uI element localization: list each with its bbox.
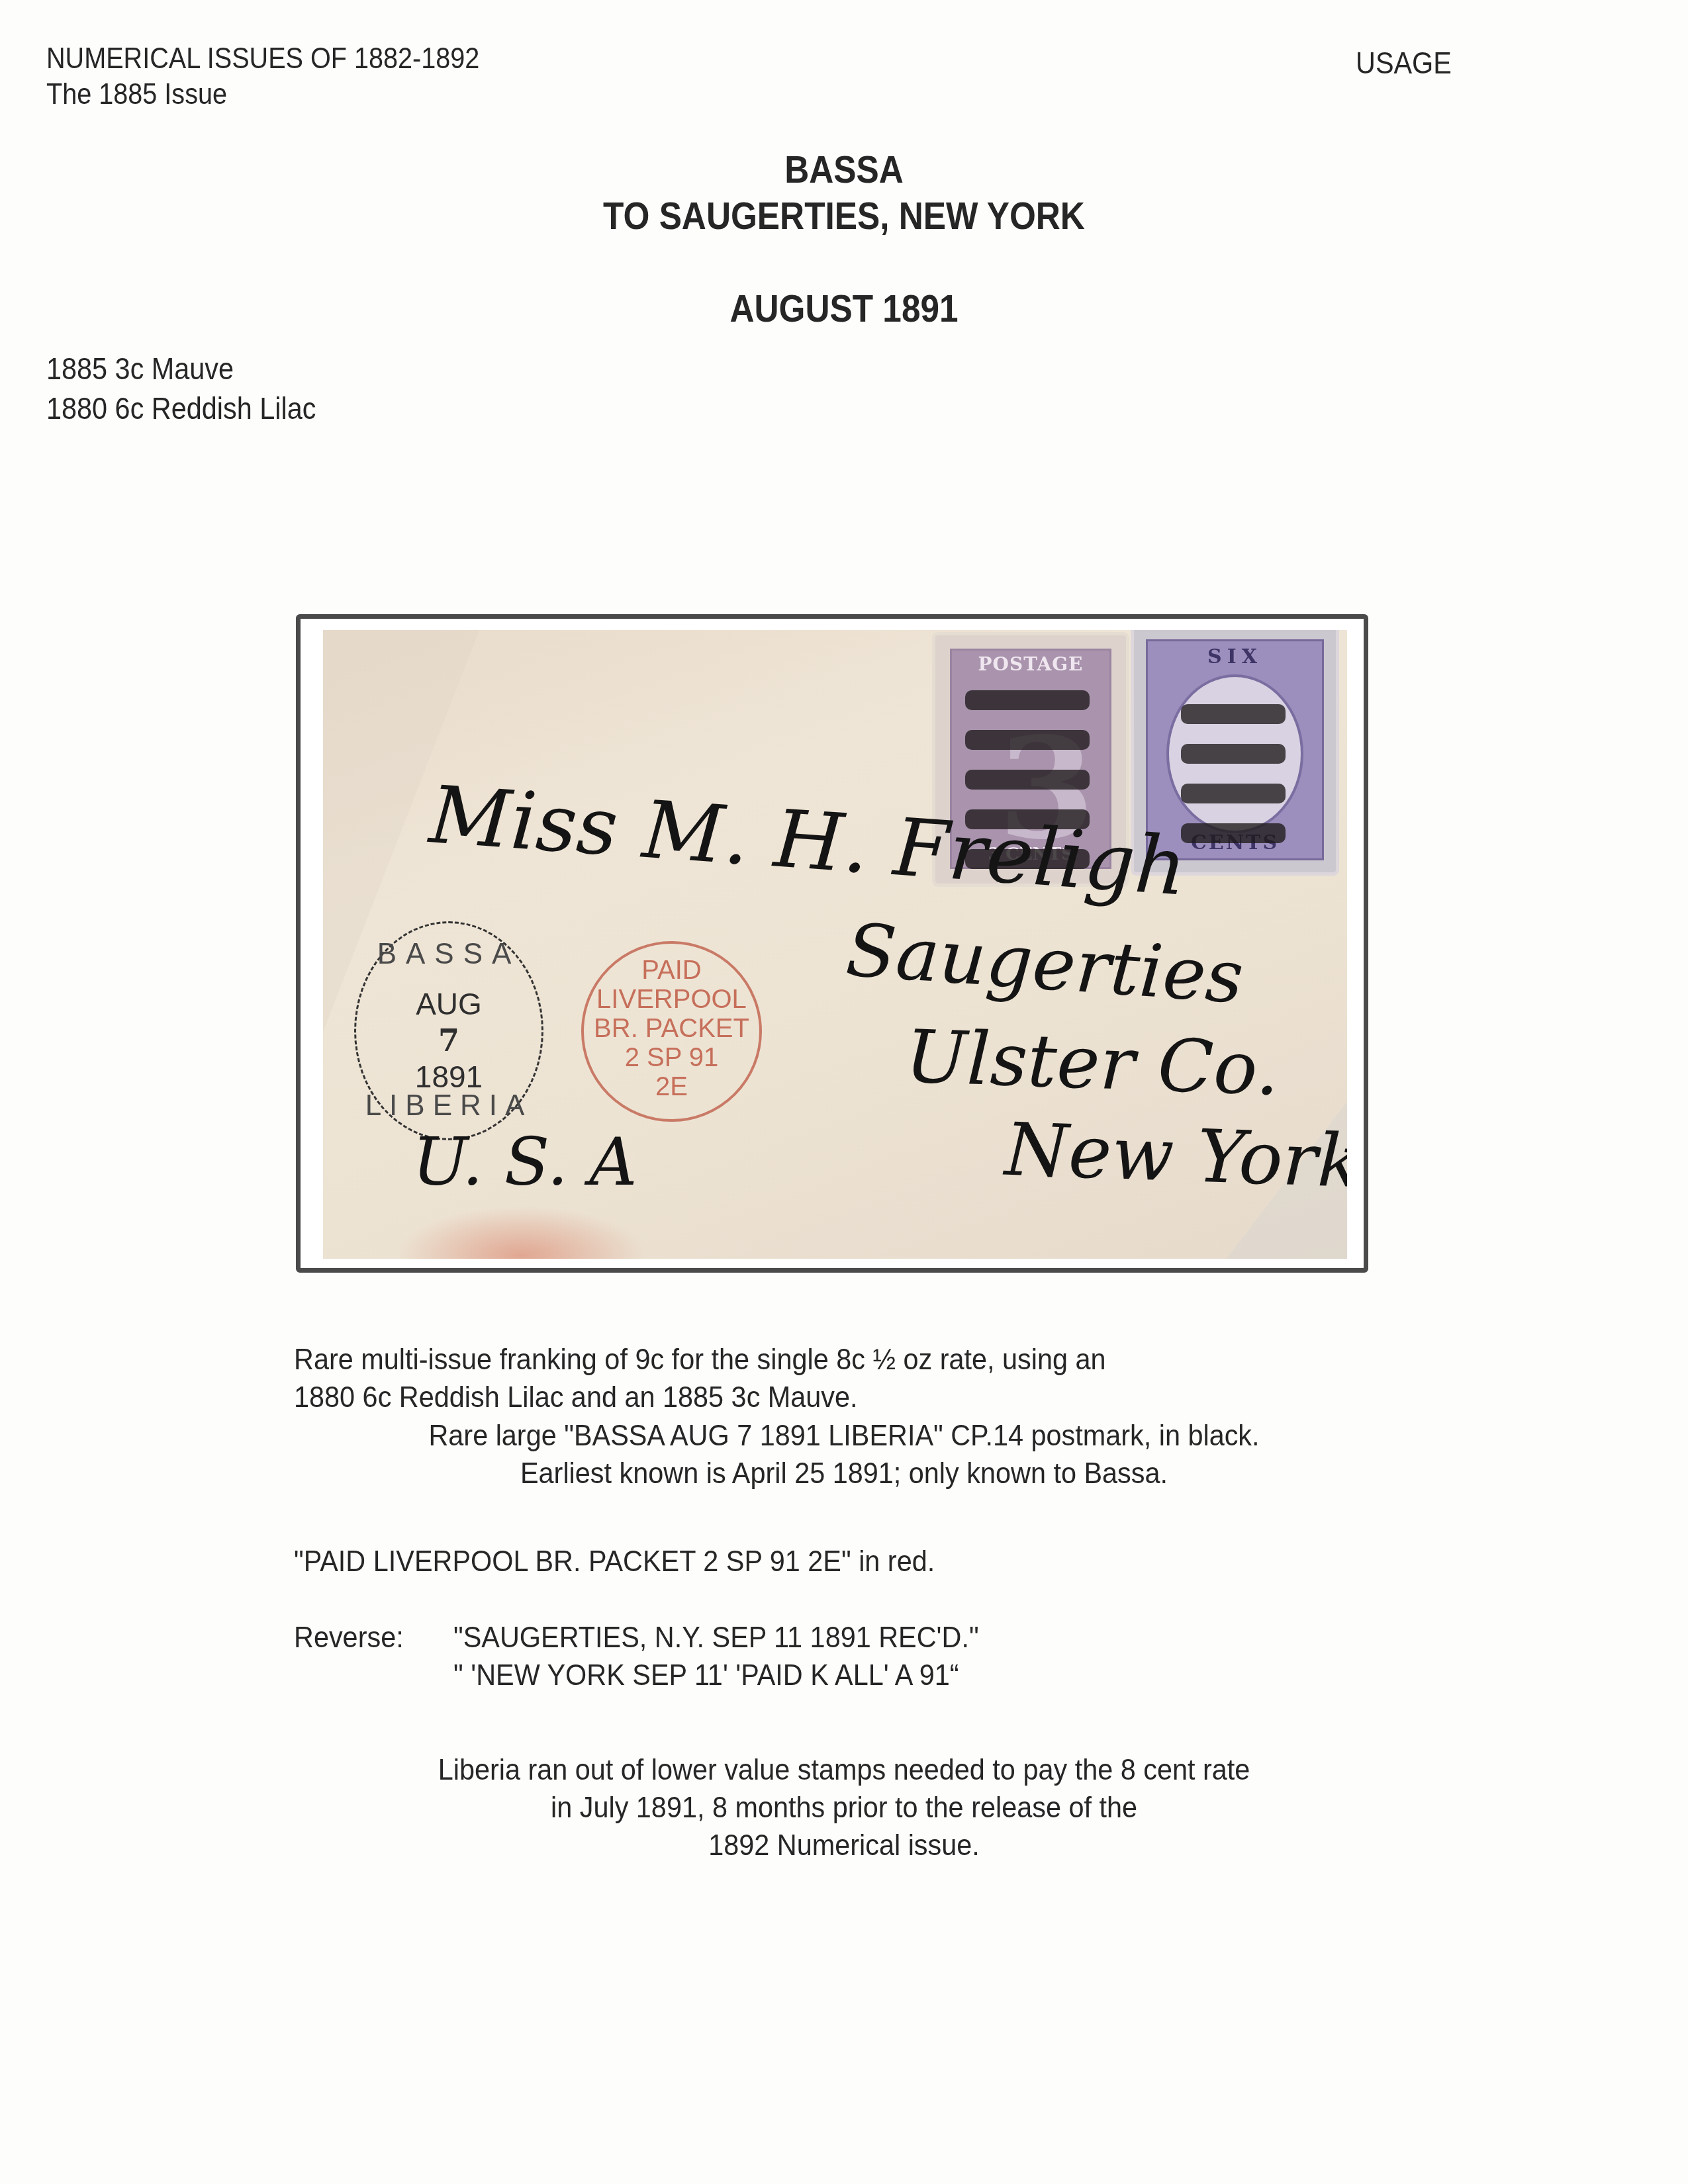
stamp-3c-top-label: POSTAGE bbox=[952, 653, 1109, 675]
postmark-ring-bottom: LIBERIA bbox=[356, 1089, 541, 1122]
stamp-used-item: 1885 3c Mauve bbox=[46, 349, 316, 388]
franking-description: Rare multi-issue franking of 9c for the … bbox=[294, 1340, 1106, 1416]
issue-subtitle: The 1885 Issue bbox=[46, 77, 479, 113]
reverse-line: " 'NEW YORK SEP 11' 'PAID K ALL' A 91“ bbox=[294, 1656, 979, 1694]
postmark-line: LIVERPOOL bbox=[584, 985, 759, 1014]
red-transit-mark-partial bbox=[396, 1206, 647, 1259]
address-state: New York bbox=[1004, 1107, 1347, 1205]
postmark-month: AUG bbox=[356, 986, 541, 1022]
note-line: 1892 Numerical issue. bbox=[68, 1826, 1620, 1864]
series-title: NUMERICAL ISSUES OF 1882-1892 bbox=[46, 41, 479, 77]
description-line: Rare multi-issue franking of 9c for the … bbox=[294, 1340, 1106, 1378]
page-title-origin: BASSA bbox=[85, 147, 1604, 193]
barred-cancel bbox=[1181, 704, 1286, 863]
address-county: Ulster Co. bbox=[904, 1014, 1281, 1112]
postmark-lines: PAID LIVERPOOL BR. PACKET 2 SP 91 2E bbox=[584, 956, 759, 1101]
postmark-day: 7 bbox=[356, 1023, 541, 1058]
postmark-ring-top: BASSA bbox=[356, 938, 541, 971]
bassa-postmark: BASSA AUG 7 1891 LIBERIA bbox=[354, 921, 543, 1140]
liverpool-packet-postmark: PAID LIVERPOOL BR. PACKET 2 SP 91 2E bbox=[581, 941, 762, 1122]
cover-image: POSTAGE 3 3 CENTS SIX CENTS BASSA AUG 7 … bbox=[323, 630, 1347, 1259]
page-header-left: NUMERICAL ISSUES OF 1882-1892 The 1885 I… bbox=[46, 41, 479, 113]
reverse-description: Reverse:"SAUGERTIES, N.Y. SEP 11 1891 RE… bbox=[294, 1618, 979, 1694]
reverse-label: Reverse: bbox=[294, 1618, 453, 1656]
stamps-used-list: 1885 3c Mauve 1880 6c Reddish Lilac bbox=[46, 349, 316, 428]
stamp-6c-top-label: SIX bbox=[1148, 645, 1322, 668]
postmark-line: PAID bbox=[584, 956, 759, 985]
page-title-destination: TO SAUGERTIES, NEW YORK bbox=[85, 193, 1604, 240]
description-line: Rare large "BASSA AUG 7 1891 LIBERIA" CP… bbox=[68, 1416, 1620, 1454]
note-line: Liberia ran out of lower value stamps ne… bbox=[68, 1751, 1620, 1788]
stamp-used-item: 1880 6c Reddish Lilac bbox=[46, 388, 316, 428]
page-title-date: AUGUST 1891 bbox=[85, 286, 1604, 332]
reverse-line: "SAUGERTIES, N.Y. SEP 11 1891 REC'D." bbox=[453, 1620, 979, 1654]
red-mark-description: "PAID LIVERPOOL BR. PACKET 2 SP 91 2E" i… bbox=[294, 1542, 935, 1580]
section-label: USAGE bbox=[1356, 45, 1452, 81]
description-line: 1880 6c Reddish Lilac and an 1885 3c Mau… bbox=[294, 1378, 1106, 1416]
postmark-description: Rare large "BASSA AUG 7 1891 LIBERIA" CP… bbox=[68, 1416, 1620, 1492]
address-country: U. S. A bbox=[412, 1123, 637, 1201]
postmark-line: 2 SP 91 bbox=[584, 1043, 759, 1072]
postmark-line: 2E bbox=[584, 1072, 759, 1101]
address-town: Saugerties bbox=[843, 907, 1246, 1020]
description-line: Earliest known is April 25 1891; only kn… bbox=[68, 1454, 1620, 1492]
historical-note: Liberia ran out of lower value stamps ne… bbox=[68, 1751, 1620, 1864]
postmark-line: BR. PACKET bbox=[584, 1014, 759, 1043]
note-line: in July 1891, 8 months prior to the rele… bbox=[68, 1788, 1620, 1826]
